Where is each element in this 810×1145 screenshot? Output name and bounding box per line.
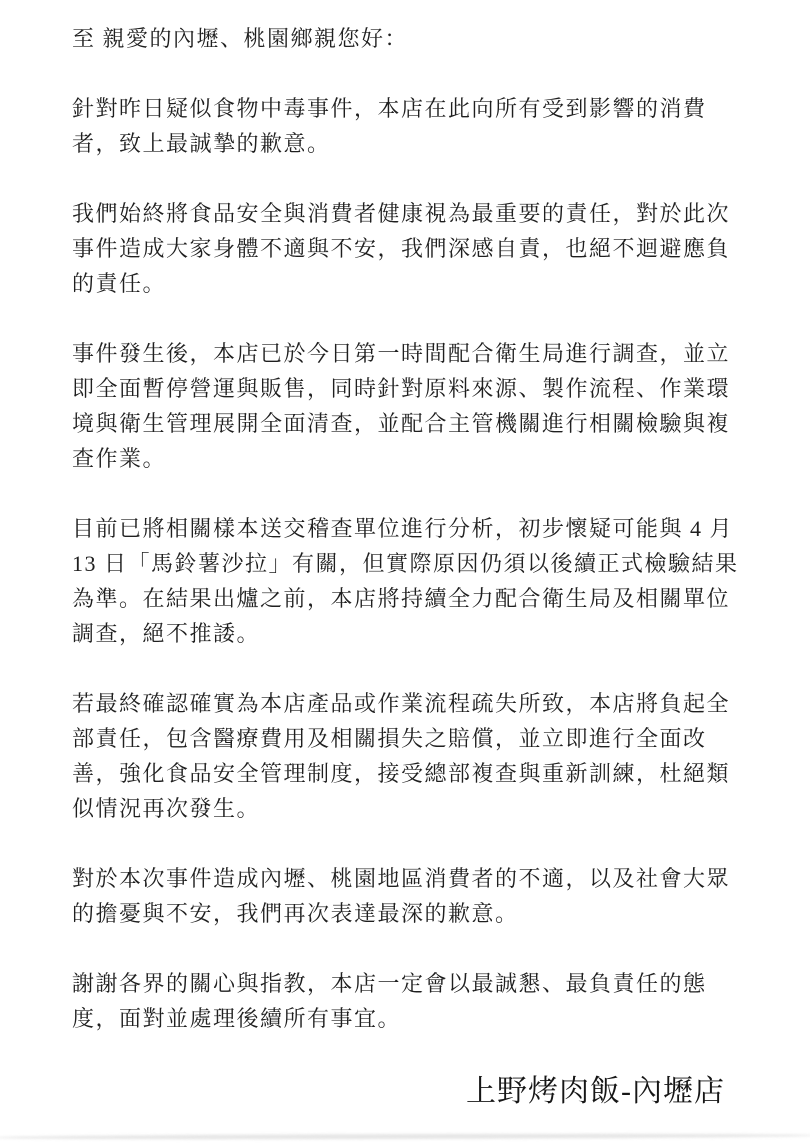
letter-body: 針對昨日疑似食物中毒事件，本店在此向所有受到影響的消費 者，致上最誠摯的歉意。我… [72, 91, 744, 1036]
paper-bottom-edge-artifact [0, 1133, 810, 1140]
letter-paragraph: 謝謝各界的關心與指教，本店一定會以最誠懇、最負責任的態 度，面對並處理後續所有事… [72, 966, 744, 1036]
letter-signature: 上野烤肉飯-內壢店 [72, 1071, 744, 1113]
letter-paragraph: 針對昨日疑似食物中毒事件，本店在此向所有受到影響的消費 者，致上最誠摯的歉意。 [72, 91, 744, 161]
letter-greeting: 至 親愛的內壢、桃園鄉親您好： [72, 21, 744, 56]
letter-paragraph: 若最終確認確實為本店產品或作業流程疏失所致，本店將負起全 部責任，包含醫療費用及… [72, 686, 744, 826]
apology-letter-page: 至 親愛的內壢、桃園鄉親您好： 針對昨日疑似食物中毒事件，本店在此向所有受到影響… [0, 0, 810, 1145]
letter-paragraph: 目前已將相關樣本送交稽查單位進行分析，初步懷疑可能與 4 月 13 日「馬鈴薯沙… [72, 511, 744, 651]
letter-paragraph: 事件發生後，本店已於今日第一時間配合衛生局進行調查，並立 即全面暫停營運與販售，… [72, 336, 744, 476]
letter-paragraph: 對於本次事件造成內壢、桃園地區消費者的不適，以及社會大眾 的擔憂與不安，我們再次… [72, 861, 744, 931]
letter-content: 至 親愛的內壢、桃園鄉親您好： 針對昨日疑似食物中毒事件，本店在此向所有受到影響… [0, 0, 810, 1113]
letter-paragraph: 我們始終將食品安全與消費者健康視為最重要的責任，對於此次 事件造成大家身體不適與… [72, 196, 744, 301]
